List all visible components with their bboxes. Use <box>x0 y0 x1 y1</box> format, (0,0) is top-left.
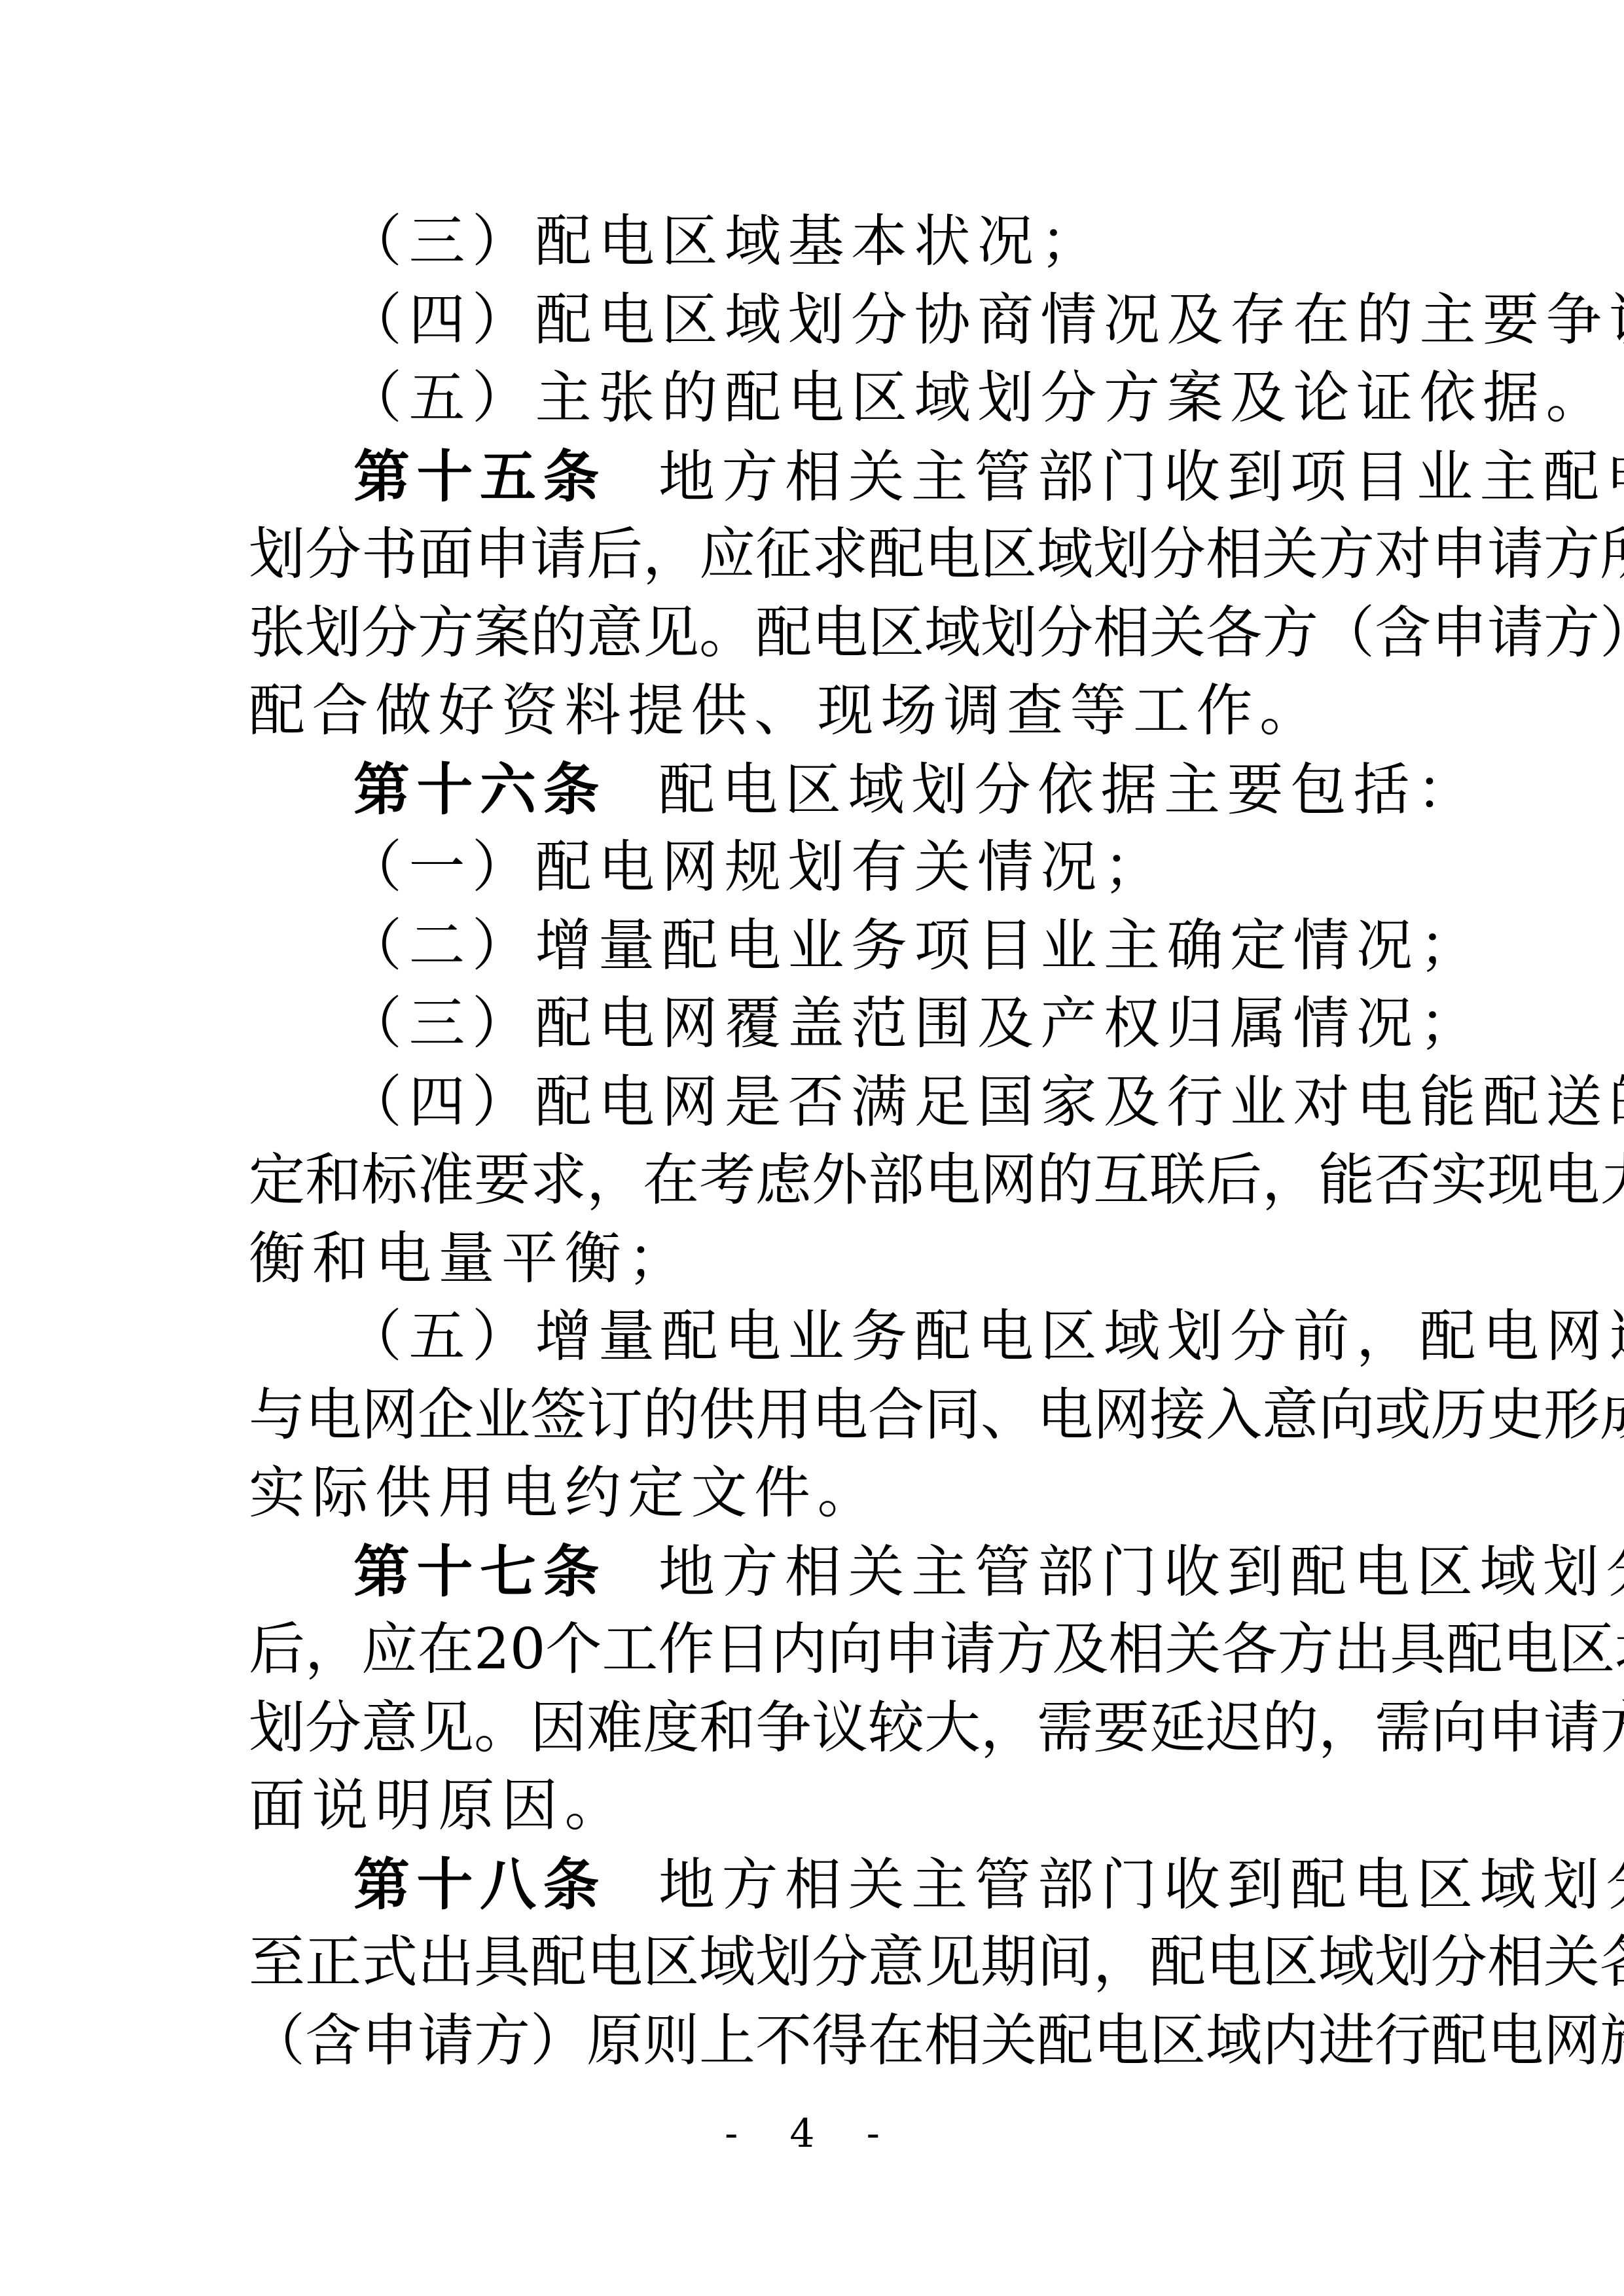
article-16-item-5-line-2: 与电网企业签订的供用电合同、电网接入意向或历史形成的 <box>249 1376 1388 1455</box>
article-18-text: 地方相关主管部门收到配电区域划分申请 <box>659 1852 1624 1918</box>
article-16-line-1: 第十六条配电区域划分依据主要包括： <box>249 751 1388 829</box>
article-17-line-4: 面说明原因。 <box>249 1767 1388 1846</box>
article-16-intro: 配电区域划分依据主要包括： <box>659 757 1480 823</box>
article-16-item-3: （三）配电网覆盖范围及产权归属情况； <box>249 985 1388 1064</box>
article-15-line-4: 配合做好资料提供、现场调查等工作。 <box>249 672 1388 751</box>
article-16-item-4-line-1: （四）配电网是否满足国家及行业对电能配送的有关规 <box>249 1064 1388 1142</box>
article-17-line-3: 划分意见。因难度和争议较大，需要延迟的，需向申请方书 <box>249 1689 1388 1768</box>
article-16-item-1: （一）配电网规划有关情况； <box>249 829 1388 907</box>
article-16-item-5-line-3: 实际供用电约定文件。 <box>249 1454 1388 1533</box>
article-16-item-5-line-1: （五）增量配电业务配电区域划分前，配电网运营单位 <box>249 1298 1388 1376</box>
article-16-item-2: （二）增量配电业务项目业主确定情况； <box>249 907 1388 986</box>
article-17-line-2: 后，应在20个工作日内向申请方及相关各方出具配电区域 <box>249 1611 1388 1689</box>
article-17-line-1: 第十七条地方相关主管部门收到配电区域划分申请 <box>249 1533 1388 1611</box>
item-4-negotiation-status: （四）配电区域划分协商情况及存在的主要争议； <box>249 281 1388 360</box>
article-15-line-1: 第十五条地方相关主管部门收到项目业主配电区域 <box>249 438 1388 516</box>
article-16-heading: 第十六条 <box>353 757 606 823</box>
article-17-heading: 第十七条 <box>353 1539 606 1605</box>
article-18-line-2: 至正式出具配电区域划分意见期间，配电区域划分相关各方 <box>249 1924 1388 2002</box>
article-15-heading: 第十五条 <box>353 444 606 510</box>
article-15-line-3: 张划分方案的意见。配电区域划分相关各方（含申请方）应 <box>249 594 1388 673</box>
article-18-heading: 第十八条 <box>353 1852 606 1918</box>
article-18-line-3: （含申请方）原则上不得在相关配电区域内进行配电网施工 <box>249 2002 1388 2081</box>
article-17-text: 地方相关主管部门收到配电区域划分申请 <box>659 1539 1624 1605</box>
page-number: - 4 - <box>0 2111 1624 2157</box>
article-15-line-2: 划分书面申请后，应征求配电区域划分相关方对申请方所主 <box>249 516 1388 594</box>
item-3-basic-status: （三）配电区域基本状况； <box>249 203 1388 281</box>
item-5-proposed-plan: （五）主张的配电区域划分方案及论证依据。 <box>249 359 1388 438</box>
article-16-item-4-line-2: 定和标准要求，在考虑外部电网的互联后，能否实现电力平 <box>249 1141 1388 1220</box>
article-18-line-1: 第十八条地方相关主管部门收到配电区域划分申请 <box>249 1846 1388 1924</box>
article-15-text: 地方相关主管部门收到项目业主配电区域 <box>659 444 1624 510</box>
document-page: （三）配电区域基本状况； （四）配电区域划分协商情况及存在的主要争议； （五）主… <box>249 203 1388 2080</box>
article-16-item-4-line-3: 衡和电量平衡； <box>249 1220 1388 1299</box>
